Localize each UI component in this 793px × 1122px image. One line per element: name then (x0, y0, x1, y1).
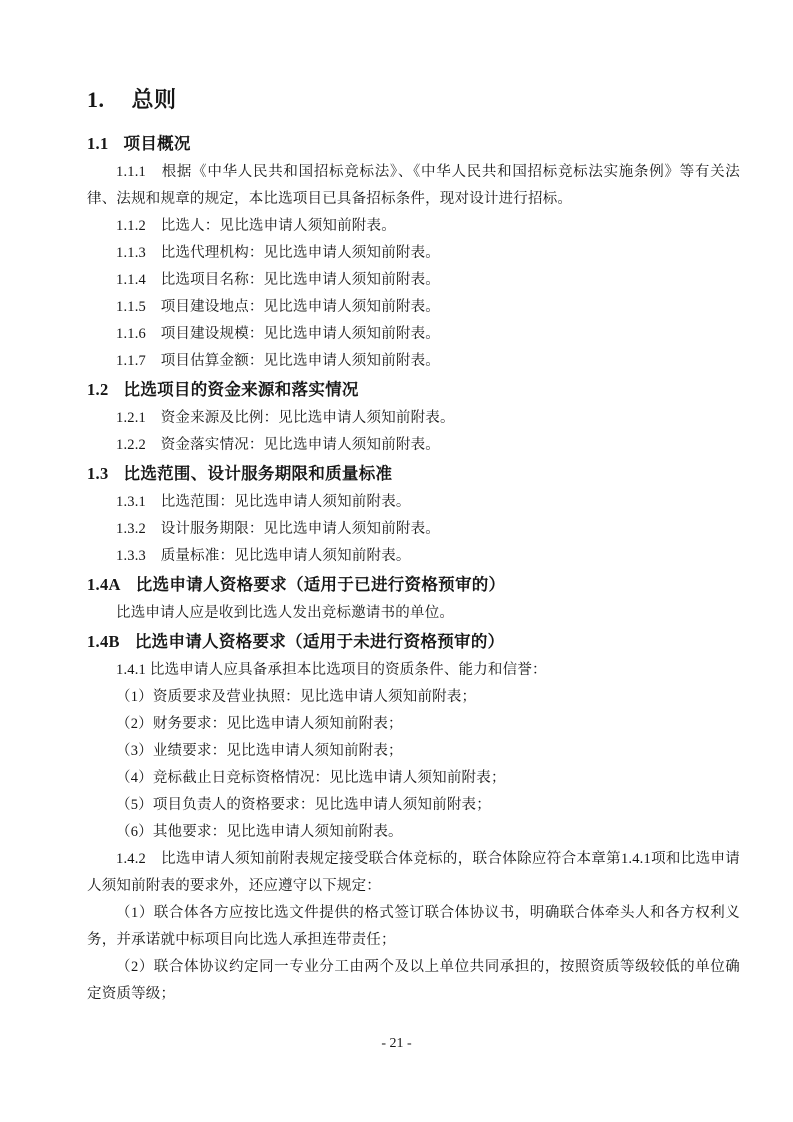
chapter-title-text: 总则 (132, 87, 177, 112)
paragraph: （2）财务要求：见比选申请人须知前附表； (87, 711, 740, 738)
paragraph: 1.1.7 项目估算金额：见比选申请人须知前附表。 (87, 348, 740, 375)
paragraph: 1.1.4 比选项目名称：见比选申请人须知前附表。 (87, 267, 740, 294)
section-heading: 1.3比选范围、设计服务期限和质量标准 (87, 459, 740, 489)
section-heading-text: 比选申请人资格要求（适用于已进行资格预审的） (136, 575, 506, 594)
paragraph: （3）业绩要求：见比选申请人须知前附表； (87, 738, 740, 765)
section-heading-text: 比选申请人资格要求（适用于未进行资格预审的） (135, 632, 505, 651)
paragraph: （1）资质要求及营业执照：见比选申请人须知前附表； (87, 684, 740, 711)
paragraph: （1）联合体各方应按比选文件提供的格式签订联合体协议书，明确联合体牵头人和各方权… (87, 900, 740, 954)
paragraph: （6）其他要求：见比选申请人须知前附表。 (87, 819, 740, 846)
chapter-number: 1. (87, 87, 105, 112)
paragraph: （2）联合体协议约定同一专业分工由两个及以上单位共同承担的，按照资质等级较低的单… (87, 954, 740, 1008)
paragraph: 1.4.2 比选申请人须知前附表规定接受联合体竞标的，联合体除应符合本章第1.4… (87, 846, 740, 900)
paragraph: 1.2.2 资金落实情况：见比选申请人须知前附表。 (87, 432, 740, 459)
paragraph: 比选申请人应是收到比选人发出竞标邀请书的单位。 (87, 600, 740, 627)
document-page: 1.总则 1.1项目概况1.1.1 根据《中华人民共和国招标竞标法》、《中华人民… (0, 0, 793, 1122)
section-number: 1.3 (87, 464, 109, 483)
paragraph: （4）竞标截止日竞标资格情况：见比选申请人须知前附表； (87, 765, 740, 792)
page-number: - 21 - (0, 1036, 793, 1052)
section-number: 1.1 (87, 134, 109, 153)
section-heading: 1.1项目概况 (87, 129, 740, 159)
paragraph: 1.1.2 比选人：见比选申请人须知前附表。 (87, 213, 740, 240)
paragraph: （5）项目负责人的资格要求：见比选申请人须知前附表； (87, 792, 740, 819)
section-number: 1.2 (87, 380, 109, 399)
section-heading: 1.2比选项目的资金来源和落实情况 (87, 375, 740, 405)
paragraph: 1.1.5 项目建设地点：见比选申请人须知前附表。 (87, 294, 740, 321)
paragraph: 1.1.3 比选代理机构：见比选申请人须知前附表。 (87, 240, 740, 267)
section-number: 1.4B (87, 632, 120, 651)
chapter-title: 1.总则 (87, 86, 740, 114)
section-heading-text: 比选范围、设计服务期限和质量标准 (124, 464, 393, 483)
paragraph: 1.4.1 比选申请人应具备承担本比选项目的资质条件、能力和信誉： (87, 657, 740, 684)
paragraph: 1.3.1 比选范围：见比选申请人须知前附表。 (87, 489, 740, 516)
section-heading-text: 比选项目的资金来源和落实情况 (124, 380, 359, 399)
paragraph: 1.3.3 质量标准：见比选申请人须知前附表。 (87, 543, 740, 570)
document-body: 1.1项目概况1.1.1 根据《中华人民共和国招标竞标法》、《中华人民共和国招标… (87, 129, 740, 1008)
paragraph: 1.3.2 设计服务期限：见比选申请人须知前附表。 (87, 516, 740, 543)
paragraph: 1.2.1 资金来源及比例：见比选申请人须知前附表。 (87, 405, 740, 432)
section-heading-text: 项目概况 (124, 134, 191, 153)
section-number: 1.4A (87, 575, 121, 594)
paragraph: 1.1.6 项目建设规模：见比选申请人须知前附表。 (87, 321, 740, 348)
paragraph: 1.1.1 根据《中华人民共和国招标竞标法》、《中华人民共和国招标竞标法实施条例… (87, 159, 740, 213)
section-heading: 1.4B比选申请人资格要求（适用于未进行资格预审的） (87, 627, 740, 657)
section-heading: 1.4A比选申请人资格要求（适用于已进行资格预审的） (87, 570, 740, 600)
